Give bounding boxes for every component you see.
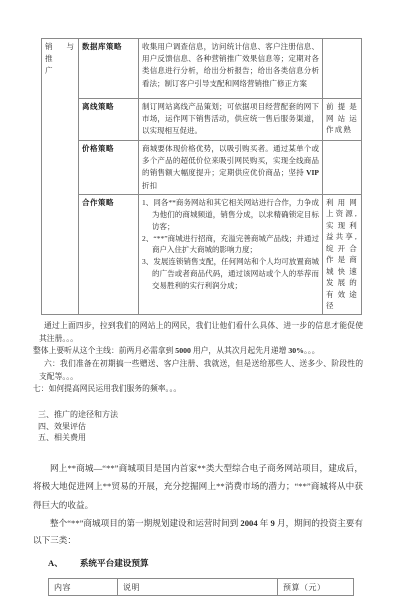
price-content-tail: 折扣 <box>142 181 157 190</box>
goal-number-users: 5000 <box>175 346 191 355</box>
invest-year: 2004 <box>240 518 257 528</box>
strategy-label-offline: 离线策略 <box>79 99 139 141</box>
goal-number-growth: 30% <box>288 346 304 355</box>
table-row: 价格策略 商城要体现价格优势，以吸引购买者。通过某单个或多个产品的超低价位来吸引… <box>42 141 362 195</box>
paragraph-giveaway: 六：我们准备在初期搞一些赠送、客户注册、我就送，但是送给那些人、送多少、阶段性的… <box>39 358 363 383</box>
budget-header-content: 内容 <box>49 579 118 596</box>
outline-list: 三、推广的途径和方法 四、效果评估 五、相关费用 <box>38 409 363 444</box>
goal-text: 整体上要听从这个主线：前两月必需拿到 <box>33 346 175 355</box>
notes-section: 通过上面四步，拉到我们的网站上的网民，我们让他们看什么具体、进一步的信息才能促使… <box>33 320 363 396</box>
cooperation-item-1: 1、同各**商务网站和其它相关网站进行合作，力争成为他们的商城频道，销售分成，以… <box>142 197 319 233</box>
strategy-note-offline: 前提是网站运作成熟 <box>323 99 362 141</box>
document-page: 销 与 推 广 数据库策略 收集用户调查信息，访问统计信息、客户注册信息、用户反… <box>33 38 363 596</box>
budget-header-row: 内容 说明 预算（元） <box>49 579 354 596</box>
cooperation-item-3: 3、发展连锁销售支配，任何网站和个人均可放置商城的广告或者商品代码，通过该网站或… <box>142 256 319 292</box>
strategy-label-cooperation: 合作策略 <box>79 194 139 314</box>
goal-text-3: 。。。 <box>304 346 320 355</box>
marketing-strategy-table: 销 与 推 广 数据库策略 收集用户调查信息，访问统计信息、客户注册信息、用户反… <box>41 38 362 315</box>
budget-table: 内容 说明 预算（元） <box>48 578 354 596</box>
strategy-note-database <box>323 39 362 99</box>
paragraph-project-intro: 网上**商城—“**”商城项目是国内首家**类大型综合电子商务网站项目，建成后，… <box>33 459 363 515</box>
heading-title: 系统平台建设预算 <box>80 558 149 568</box>
strategy-content-offline: 制订网站离线产品策划；可依据项目经营配套的网下市场，运作网下销售活动，供应统一售… <box>139 99 323 141</box>
heading-prefix: A、 <box>48 558 63 568</box>
budget-header-description: 说明 <box>118 579 278 596</box>
paragraph-user-goal: 整体上要听从这个主线：前两月必需拿到 5000 用户，从其次月起先月递增 30%… <box>33 345 363 358</box>
strategy-content-database: 收集用户调查信息，访问统计信息、客户注册信息、用户反馈信息、各种营销推广效果信息… <box>139 39 323 99</box>
row-group-header-marketing-promotion: 销 与 推 广 <box>42 39 79 315</box>
table-row: 合作策略 1、同各**商务网站和其它相关网站进行合作，力争成为他们的商城频道，销… <box>42 194 362 314</box>
paragraph-frequency: 七：如何提高网民运用我们服务的频率。。。 <box>33 383 363 396</box>
budget-header-amount: 预算（元） <box>278 579 354 596</box>
paragraph-registration: 通过上面四步，拉到我们的网站上的网民，我们让他们看什么具体、进一步的信息才能促使… <box>39 320 363 345</box>
goal-text-2: 用户，从其次月起先月递增 <box>191 346 288 355</box>
table-row: 离线策略 制订网站离线产品策划；可依据项目经营配套的网下市场，运作网下销售活动，… <box>42 99 362 141</box>
strategy-note-price <box>323 141 362 195</box>
paragraph-investment: 整个“**”商城项目的第一期规划建设和运营时间到 2004 年 9 月，期间的投… <box>33 515 363 548</box>
outline-item-4: 四、效果评估 <box>38 421 363 433</box>
strategy-content-cooperation: 1、同各**商务网站和其它相关网站进行合作，力争成为他们的商城频道，销售分成，以… <box>139 194 323 314</box>
price-content-text: 商城要体现价格优势，以吸引购买者。通过某单个或多个产品的超低价位来吸引网民购买，… <box>142 144 319 177</box>
invest-text: 整个“**”商城项目的第一期规划建设和运营时间到 <box>50 518 240 528</box>
table-row: 销 与 推 广 数据库策略 收集用户调查信息，访问统计信息、客户注册信息、用户反… <box>42 39 362 99</box>
strategy-content-price: 商城要体现价格优势，以吸引购买者。通过某单个或多个产品的超低价位来吸引网民购买，… <box>139 141 323 195</box>
budget-section-heading: A、系统平台建设预算 <box>48 557 363 569</box>
outline-item-3: 三、推广的途径和方法 <box>38 409 363 421</box>
vip-text: VIP <box>306 168 319 177</box>
cooperation-item-2: 2、“**”商城进行招商，充溢完善商城产品线；并通过商户入住扩大商城的影响力度； <box>142 233 319 257</box>
strategy-label-price: 价格策略 <box>79 141 139 195</box>
outline-item-5: 五、相关费用 <box>38 432 363 444</box>
invest-text-2: 年 <box>258 518 271 528</box>
strategy-label-database: 数据库策略 <box>79 39 139 99</box>
strategy-note-cooperation: 利用网上资源,实现利益共享,绽开合作是商城快速发展的有效途径 <box>323 194 362 314</box>
